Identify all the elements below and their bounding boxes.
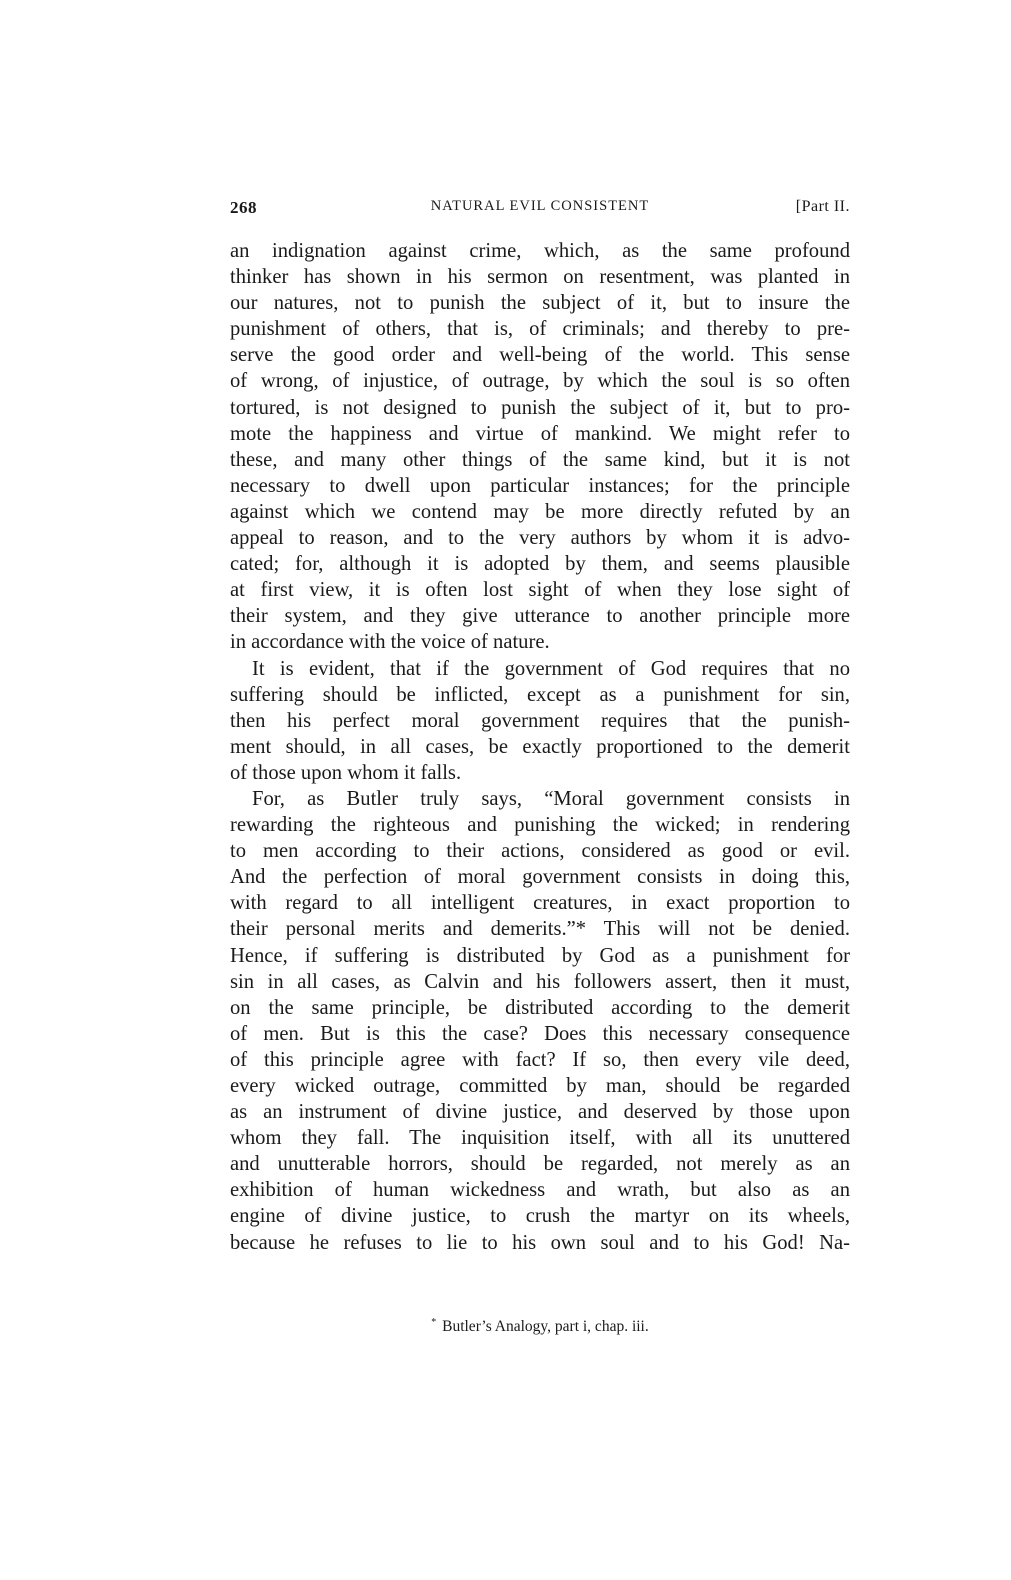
text-line: at first view, it is often lost sight of… — [230, 577, 850, 603]
text-line: then his perfect moral government requir… — [230, 708, 850, 734]
text-line: their personal merits and demerits.”* Th… — [230, 916, 850, 942]
text-line: their system, and they give utterance to… — [230, 603, 850, 629]
body-text: an indignation against crime, which, as … — [230, 238, 850, 1256]
text-line: these, and many other things of the same… — [230, 447, 850, 473]
text-line: exhibition of human wickedness and wrath… — [230, 1177, 850, 1203]
footnote-mark: * — [431, 1317, 436, 1328]
text-line: whom they fall. The inquisition itself, … — [230, 1125, 850, 1151]
text-line: with regard to all intelligent creatures… — [230, 890, 850, 916]
text-line: in accordance with the voice of nature. — [230, 629, 850, 655]
text-line: cated; for, although it is adopted by th… — [230, 551, 850, 577]
text-line: engine of divine justice, to crush the m… — [230, 1203, 850, 1229]
text-line: and unutterable horrors, should be regar… — [230, 1151, 850, 1177]
text-line: to men according to their actions, consi… — [230, 838, 850, 864]
text-line: on the same principle, be distributed ac… — [230, 995, 850, 1021]
text-line: of wrong, of injustice, of outrage, by w… — [230, 368, 850, 394]
text-line: Hence, if suffering is distributed by Go… — [230, 943, 850, 969]
footnote-text: Butler’s Analogy, part i, chap. iii. — [442, 1318, 649, 1335]
text-line: of those upon whom it falls. — [230, 760, 850, 786]
text-line: sin in all cases, as Calvin and his foll… — [230, 969, 850, 995]
text-line: rewarding the righteous and punishing th… — [230, 812, 850, 838]
text-line: of this principle agree with fact? If so… — [230, 1047, 850, 1073]
running-head: 268 NATURAL EVIL CONSISTENT [Part II. — [230, 198, 850, 222]
text-line: because he refuses to lie to his own sou… — [230, 1230, 850, 1256]
text-line: thinker has shown in his sermon on resen… — [230, 264, 850, 290]
running-title: NATURAL EVIL CONSISTENT — [230, 198, 850, 215]
text-line: serve the good order and well-being of t… — [230, 342, 850, 368]
text-line: mote the happiness and virtue of mankind… — [230, 421, 850, 447]
text-line: our natures, not to punish the subject o… — [230, 290, 850, 316]
text-line: against which we contend may be more dir… — [230, 499, 850, 525]
text-line: suffering should be inflicted, except as… — [230, 682, 850, 708]
text-line: tortured, is not designed to punish the … — [230, 395, 850, 421]
text-line: an indignation against crime, which, as … — [230, 238, 850, 264]
footnote: * Butler’s Analogy, part i, chap. iii. — [230, 1317, 850, 1336]
text-line: necessary to dwell upon particular insta… — [230, 473, 850, 499]
text-line: It is evident, that if the government of… — [230, 656, 850, 682]
part-label: [Part II. — [796, 198, 850, 216]
text-line: punishment of others, that is, of crimin… — [230, 316, 850, 342]
text-line: appeal to reason, and to the very author… — [230, 525, 850, 551]
text-line: every wicked outrage, committed by man, … — [230, 1073, 850, 1099]
text-line: as an instrument of divine justice, and … — [230, 1099, 850, 1125]
text-line: For, as Butler truly says, “Moral govern… — [230, 786, 850, 812]
text-line: And the perfection of moral government c… — [230, 864, 850, 890]
text-line: of men. But is this the case? Does this … — [230, 1021, 850, 1047]
text-line: ment should, in all cases, be exactly pr… — [230, 734, 850, 760]
